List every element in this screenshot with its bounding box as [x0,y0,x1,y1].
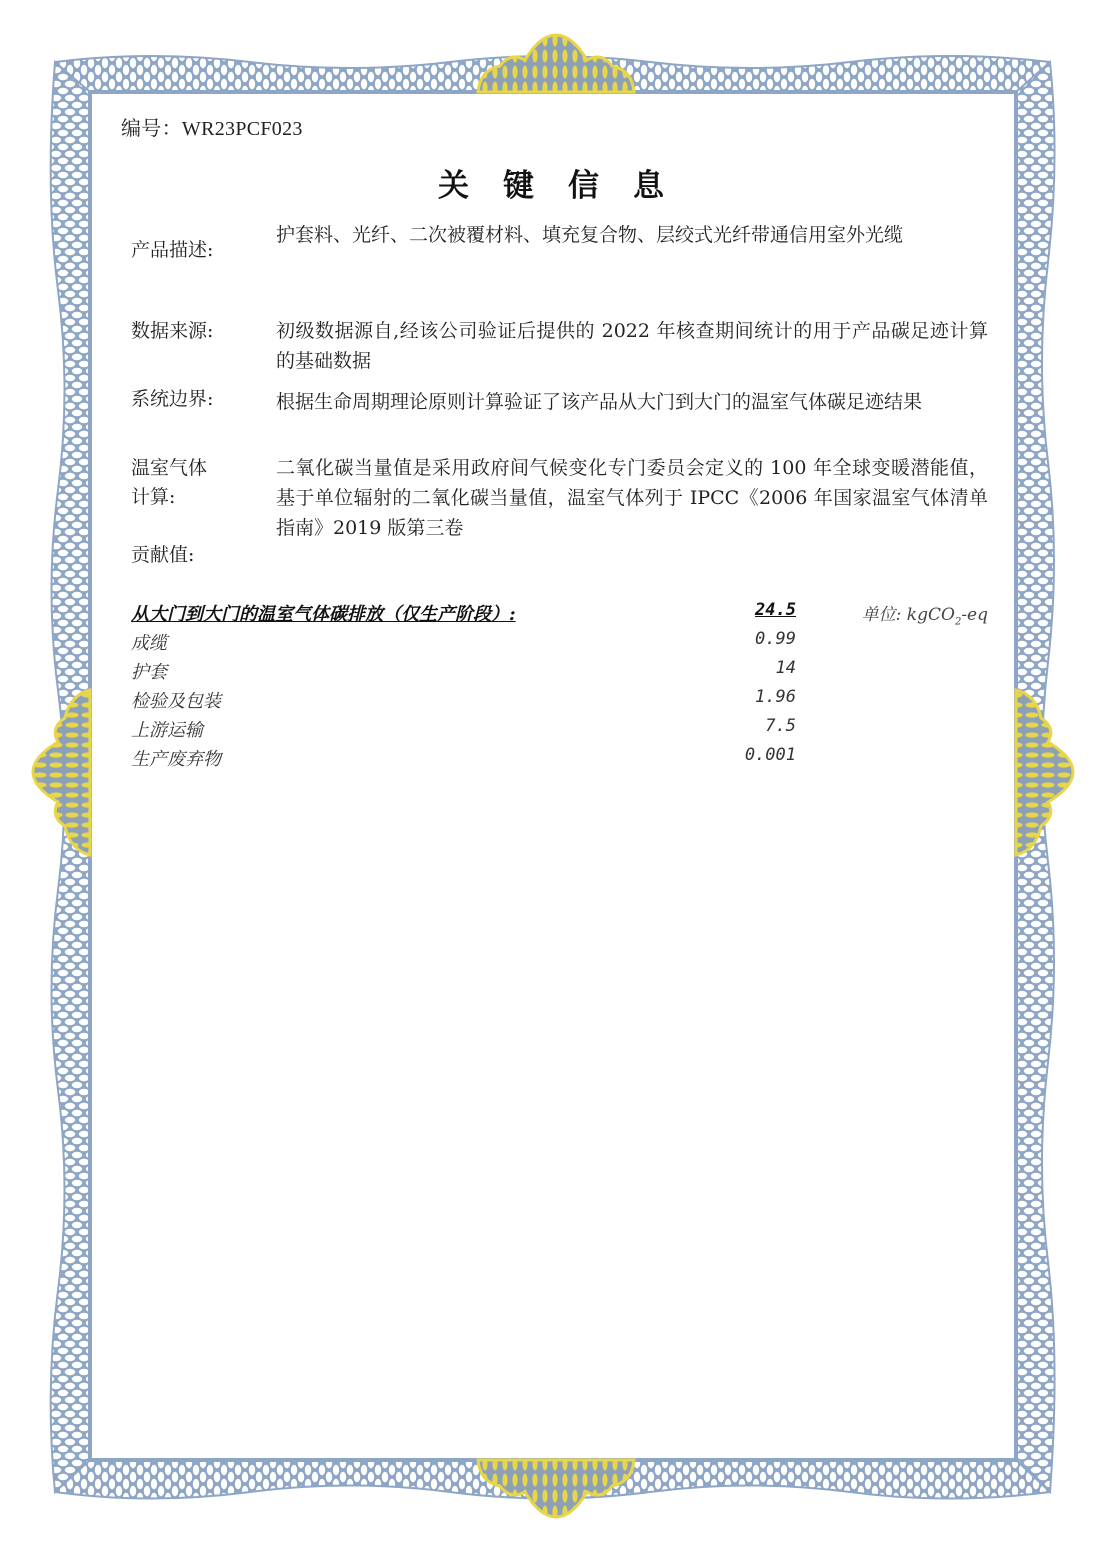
emissions-total-row: 从大门到大门的温室气体碳排放（仅生产阶段）: 24.5 单位: kgCO2-eq [131,600,991,629]
emission-item-value: 0.99 [755,629,796,649]
emission-item-value: 14 [776,658,796,678]
emissions-unit: 单位: kgCO2-eq [862,600,988,627]
emission-item-label: 护套 [131,658,167,684]
table-row: 成缆 0.99 [131,629,991,658]
emissions-total-value: 24.5 [755,600,796,620]
certificate-number-value: WR23PCF023 [182,118,303,140]
certificate-page: 编号：WR23PCF023 关键信息 产品描述: 护套料、光纤、二次被覆材料、填… [0,0,1102,1559]
emission-item-value: 0.001 [745,745,796,765]
product-description-value: 护套料、光纤、二次被覆材料、填充复合物、层绞式光纤带通信用室外光缆 [276,220,988,250]
emission-item-label: 上游运输 [131,716,203,742]
ghg-calculation-label-line1: 温室气体 [131,453,207,483]
certificate-number: 编号：WR23PCF023 [121,112,303,141]
system-boundary-value: 根据生命周期理论原则计算验证了该产品从大门到大门的温室气体碳足迹结果 [276,387,988,417]
ghg-calculation-label-line2: 计算: [131,482,175,512]
system-boundary-label: 系统边界: [131,384,213,414]
table-row: 检验及包装 1.96 [131,687,991,716]
emissions-total-label: 从大门到大门的温室气体碳排放（仅生产阶段）: [131,600,516,626]
contribution-label: 贡献值: [131,540,194,570]
page-title: 关键信息 [0,160,1102,205]
emission-item-value: 7.5 [765,716,796,736]
data-source-label: 数据来源: [131,316,213,346]
data-source-value: 初级数据源自,经该公司验证后提供的 2022 年核查期间统计的用于产品碳足迹计算… [276,316,988,376]
emission-item-label: 成缆 [131,629,167,655]
product-description-label: 产品描述: [131,235,213,265]
emission-item-label: 生产废弃物 [131,745,221,771]
table-row: 护套 14 [131,658,991,687]
table-row: 上游运输 7.5 [131,716,991,745]
emissions-table: 从大门到大门的温室气体碳排放（仅生产阶段）: 24.5 单位: kgCO2-eq… [131,600,991,774]
emission-item-label: 检验及包装 [131,687,221,713]
ghg-calculation-value: 二氧化碳当量值是采用政府间气候变化专门委员会定义的 100 年全球变暖潜能值，基… [276,453,988,543]
emission-item-value: 1.96 [755,687,796,707]
table-row: 生产废弃物 0.001 [131,745,991,774]
certificate-number-label: 编号： [121,118,182,140]
